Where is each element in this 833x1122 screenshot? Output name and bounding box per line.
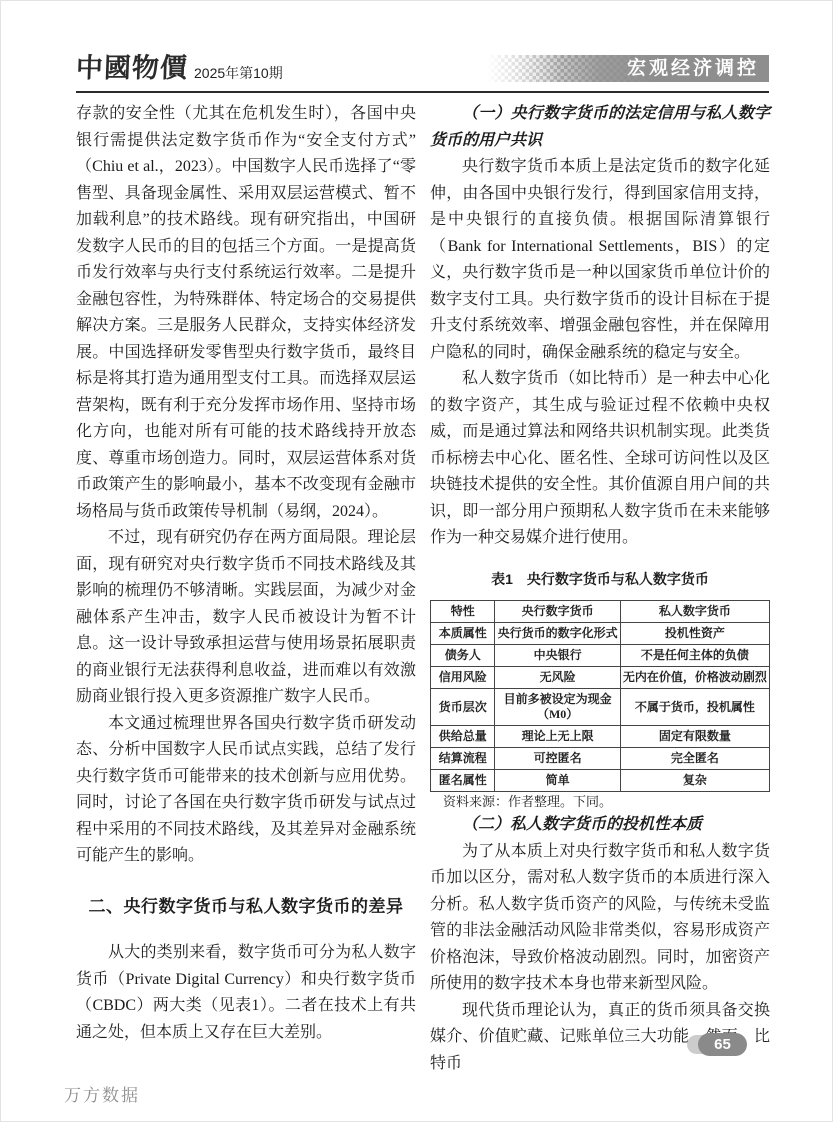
table-cell: 无内在价值，价格波动剧烈 — [620, 667, 769, 689]
table-row: 信用风险 无风险 无内在价值，价格波动剧烈 — [431, 667, 770, 689]
table-row: 匿名属性 简单 复杂 — [431, 770, 770, 792]
journal-page: 中國物價 2025年第10期 宏观经济调控 存款的安全性（尤其在危机发生时），各… — [0, 0, 833, 1122]
table-cell: 不是任何主体的负债 — [620, 645, 769, 667]
issue-label: 2025年第10期 — [194, 63, 283, 83]
table-cell: 央行货币的数字化形式 — [495, 623, 620, 645]
table-source-note: 资料来源：作者整理。下同。 — [430, 792, 770, 812]
table-caption: 表1 央行数字货币与私人数字货币 — [430, 566, 770, 593]
page-number: 65 — [698, 1033, 747, 1056]
table-row: 特性 央行数字货币 私人数字货币 — [431, 601, 770, 623]
journal-logo: 中國物價 — [75, 46, 188, 85]
table-cell: 特性 — [431, 601, 495, 623]
paragraph: 本文通过梳理世界各国央行数字货币研发动态、分析中国数字人民币试点实践，总结了发行… — [76, 711, 416, 870]
table-cell: 完全匿名 — [620, 748, 769, 770]
table-cell: 固定有限数量 — [620, 726, 769, 748]
comparison-table: 特性 央行数字货币 私人数字货币 本质属性 央行货币的数字化形式 投机性资产 债… — [430, 600, 770, 792]
table-cell: 供给总量 — [431, 726, 495, 748]
left-column: 存款的安全性（尤其在危机发生时），各国中央银行需提供法定数字货币作为“安全支付方… — [76, 101, 416, 1077]
table-row: 供给总量 理论上无上限 固定有限数量 — [431, 726, 770, 748]
table-cell: 无风险 — [495, 667, 620, 689]
table-row: 结算流程 可控匿名 完全匿名 — [431, 748, 770, 770]
article-body: 存款的安全性（尤其在危机发生时），各国中央银行需提供法定数字货币作为“安全支付方… — [76, 101, 769, 1077]
table-cell: 简单 — [495, 770, 620, 792]
wanfang-watermark: 万方数据 — [64, 1081, 140, 1106]
table-cell: 私人数字货币 — [620, 601, 769, 623]
table-cell: 不属于货币，投机属性 — [620, 689, 769, 726]
paragraph: 为了从本质上对央行数字货币和私人数字货币加以区分，需对私人数字货币的本质进行深入… — [430, 839, 770, 998]
paragraph: 私人数字货币（如比特币）是一种去中心化的数字资产，其生成与验证过程不依赖中央权威… — [430, 366, 770, 552]
page-number-badge: 65 — [687, 1033, 747, 1056]
subsection-heading: （二）私人数字货币的投机性本质 — [430, 812, 770, 839]
table-cell: 本质属性 — [431, 623, 495, 645]
table-row: 本质属性 央行货币的数字化形式 投机性资产 — [431, 623, 770, 645]
table-cell: 信用风险 — [431, 667, 495, 689]
table-row: 货币层次 目前多被设定为现金（M0） 不属于货币，投机属性 — [431, 689, 770, 726]
table-cell: 目前多被设定为现金（M0） — [495, 689, 620, 726]
section-heading: 二、央行数字货币与私人数字货币的差异 — [76, 894, 416, 921]
right-column: （一）央行数字货币的法定信用与私人数字货币的用户共识 央行数字货币本质上是法定货… — [430, 101, 770, 1077]
table-cell: 中央银行 — [495, 645, 620, 667]
table-cell: 复杂 — [620, 770, 769, 792]
subsection-heading: （一）央行数字货币的法定信用与私人数字货币的用户共识 — [430, 101, 770, 154]
table-cell: 债务人 — [431, 645, 495, 667]
paragraph: 存款的安全性（尤其在危机发生时），各国中央银行需提供法定数字货币作为“安全支付方… — [76, 101, 416, 525]
table-row: 债务人 中央银行 不是任何主体的负债 — [431, 645, 770, 667]
table-cell: 货币层次 — [431, 689, 495, 726]
section-banner: 宏观经济调控 — [487, 55, 769, 82]
paragraph: 央行数字货币本质上是法定货币的数字化延伸，由各国中央银行发行，得到国家信用支持，… — [430, 154, 770, 366]
table-cell: 可控匿名 — [495, 748, 620, 770]
table-cell: 央行数字货币 — [495, 601, 620, 623]
table-cell: 匿名属性 — [431, 770, 495, 792]
table-cell: 理论上无上限 — [495, 726, 620, 748]
page-header: 中國物價 2025年第10期 宏观经济调控 — [76, 47, 769, 93]
paragraph: 从大的类别来看，数字货币可分为私人数字货币（Private Digital Cu… — [76, 940, 416, 1046]
table-cell: 结算流程 — [431, 748, 495, 770]
paragraph: 不过，现有研究仍存在两方面局限。理论层面，现有研究对央行数字货币不同技术路线及其… — [76, 525, 416, 711]
table-cell: 投机性资产 — [620, 623, 769, 645]
